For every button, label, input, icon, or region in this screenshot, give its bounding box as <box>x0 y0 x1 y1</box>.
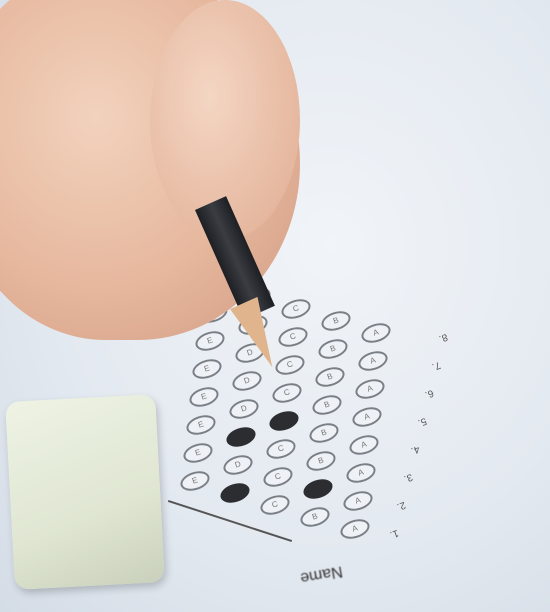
eraser <box>5 394 165 590</box>
